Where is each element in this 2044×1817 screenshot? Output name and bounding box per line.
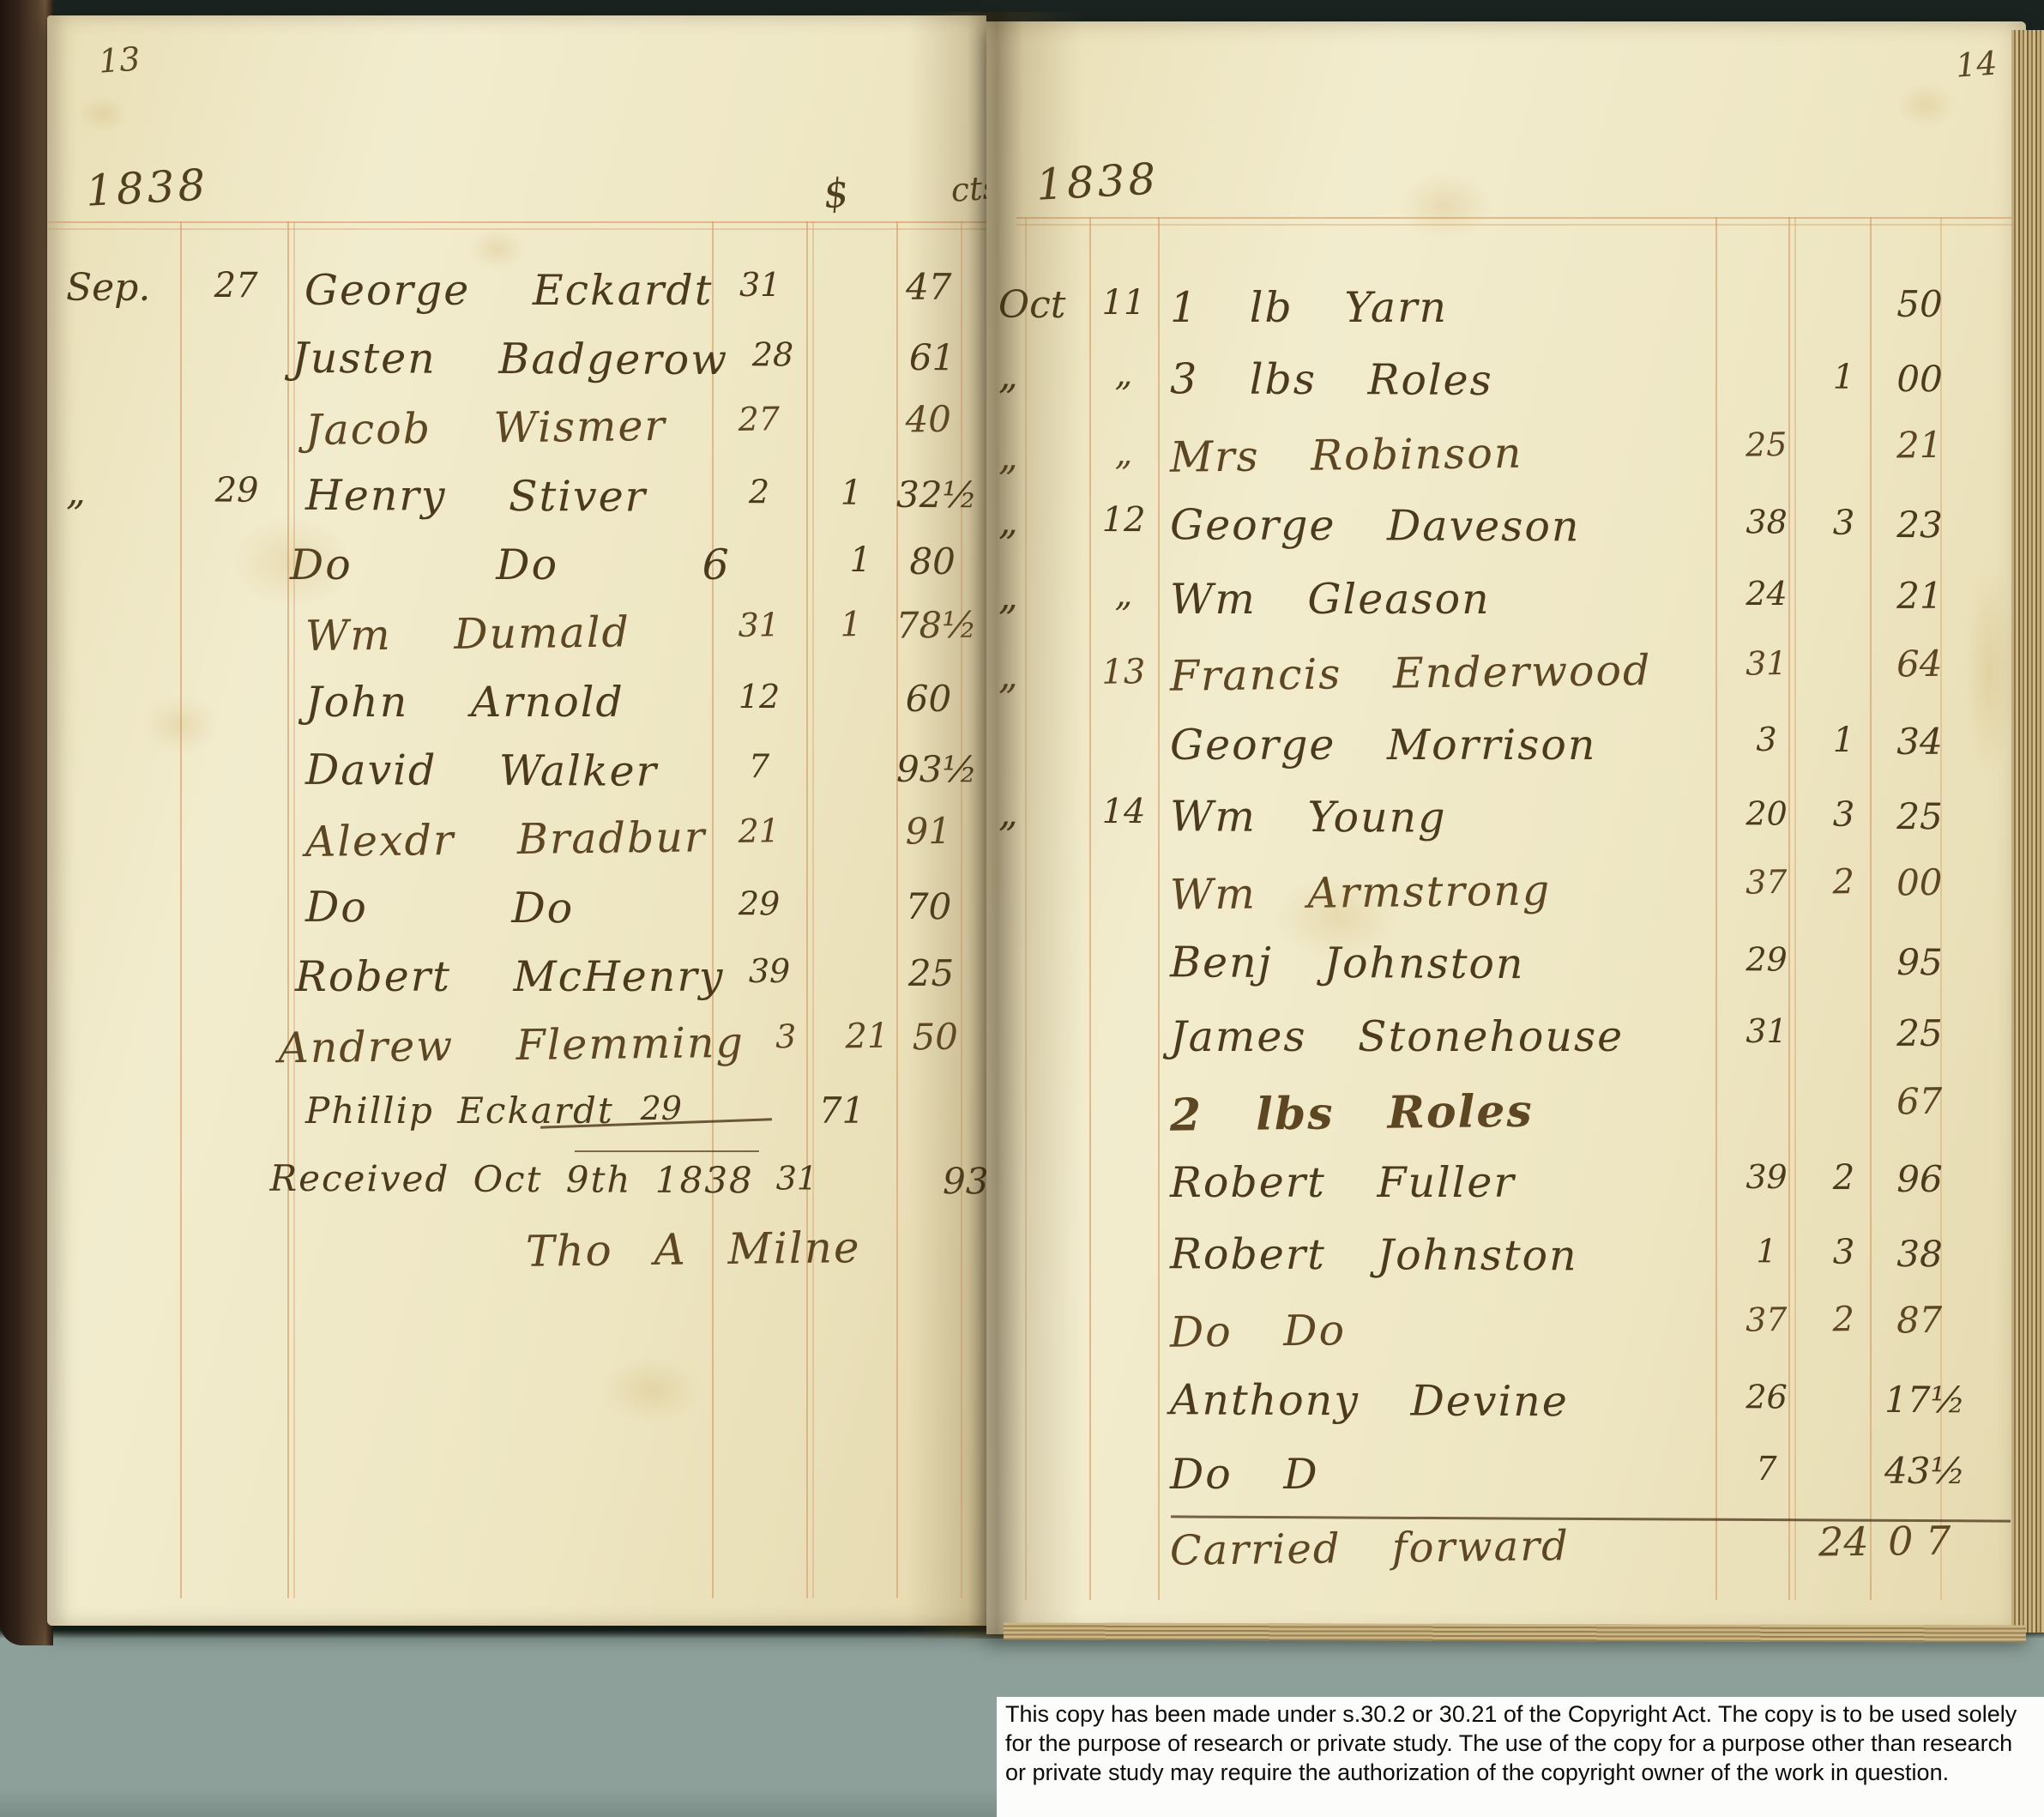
entry-month xyxy=(47,613,180,615)
ledger-book-scan: 13 1838 $ cts Sep. 27 George Eckardt 31 … xyxy=(0,0,2044,1817)
entry-name: Do D xyxy=(1158,1450,1730,1499)
entry-day xyxy=(1089,871,1158,872)
entry-day: „ xyxy=(1089,433,1159,474)
entry-name: Mrs Robinson xyxy=(1158,426,1731,482)
entry-day xyxy=(1089,1090,1158,1090)
entry-ref-number: 37 xyxy=(1729,863,1803,902)
ledger-row: „ „ Mrs Robinson 25 21 xyxy=(986,423,2027,506)
entry-name: Benj Johnston xyxy=(1158,938,1730,989)
entry-day xyxy=(180,612,293,613)
entry-month xyxy=(986,1374,1089,1375)
ledger-row: Sep. 27 George Eckardt 31 47 xyxy=(47,266,986,336)
entry-cents: 61 xyxy=(901,336,962,378)
entry-ref-number: 31 xyxy=(1730,1012,1803,1050)
entry-ref-number: 12 xyxy=(712,678,806,715)
entry-day xyxy=(180,882,293,883)
ledger-row: „ 14 Wm Young 20 3 25 xyxy=(986,791,2026,866)
ledger-row: Oct 11 1 lb Yarn 50 xyxy=(986,283,2026,353)
entry-name: Jacob Wismer xyxy=(293,401,713,455)
entry-month xyxy=(986,1228,1089,1229)
entry-dollars xyxy=(805,399,895,400)
ledger-row: Anthony Devine 26 17½ xyxy=(986,1374,2026,1449)
entry-month xyxy=(986,1309,1089,1310)
ledger-row: Andrew Flemming 3 21 50 xyxy=(47,1015,987,1096)
ledger-entries-right: Oct 11 1 lb Yarn 50 „ „ 3 lbs Roles 1 00… xyxy=(986,21,2026,1634)
entry-name: Received Oct 9th 1838 xyxy=(257,1157,753,1202)
page-bottom-edge xyxy=(1004,1622,2026,1642)
entry-dollars: 24 xyxy=(1802,1518,1884,1566)
ledger-page-right: 14 1838 Oct 11 1 lb Yarn 50 „ „ 3 lbs Ro… xyxy=(986,21,2026,1634)
ledger-row: Wm Armstrong 37 2 00 xyxy=(986,860,2027,944)
entry-cents: 43½ xyxy=(1884,1450,1955,1492)
entry-cents: 64 xyxy=(1884,643,1955,685)
entry-name: Andrew Flemming xyxy=(266,1018,745,1073)
entry-cents: 23 xyxy=(1884,504,1955,546)
entry-cents: 80 xyxy=(902,540,962,583)
entry-month xyxy=(986,872,1089,872)
ledger-row: „ 13 Francis Enderwood 31 64 xyxy=(986,642,2027,725)
entry-cents: 00 xyxy=(1884,861,1955,904)
entry-name: Justen Badgerow xyxy=(280,334,728,384)
entry-ref-number xyxy=(1729,1082,1802,1083)
entry-name: James Stonehouse xyxy=(1158,1012,1730,1061)
entry-cents: 67 xyxy=(1884,1080,1955,1123)
entry-dollars xyxy=(1802,643,1884,644)
ledger-page-left: 13 1838 $ cts Sep. 27 George Eckardt 31 … xyxy=(47,15,986,1626)
entry-cents: 91 xyxy=(895,810,961,853)
entry-name: George Daveson xyxy=(1158,500,1730,552)
ledger-row: Do Do 6 1 80 xyxy=(47,540,986,611)
entry-dollars xyxy=(903,1222,944,1222)
entry-dollars: 1 xyxy=(806,473,896,512)
entry-name: Wm Gleason xyxy=(1158,575,1730,624)
entry-cents: 95 xyxy=(1884,941,1955,983)
ledger-row: George Morrison 3 1 34 xyxy=(986,721,2026,791)
copyright-notice: This copy has been made under s.30.2 or … xyxy=(997,1697,2044,1817)
entry-month xyxy=(47,1025,166,1027)
entry-day: 29 xyxy=(180,470,293,510)
entry-cents: 70 xyxy=(896,885,961,927)
entry-cents: 32½ xyxy=(896,474,961,516)
entry-cents: 87 xyxy=(1884,1299,1955,1342)
ledger-row: Do Do 29 70 xyxy=(47,882,986,957)
entry-month xyxy=(47,819,180,821)
entry-cents: 78½ xyxy=(895,604,961,647)
entry-name: 3 lbs Roles xyxy=(1158,354,1730,406)
entry-dollars: 2 xyxy=(1803,1158,1884,1198)
entry-name: Tho A Milne xyxy=(170,1222,861,1281)
entry-name: Carried forward xyxy=(1158,1520,1731,1575)
entry-ref-number xyxy=(860,1222,903,1222)
entry-name: Wm Armstrong xyxy=(1158,864,1731,920)
entry-name: 2 lbs Roles xyxy=(1158,1083,1731,1142)
entry-cents: 25 xyxy=(901,952,962,994)
entry-name: George Eckardt xyxy=(292,266,714,315)
ledger-row: Phillip Eckardt 29 71 xyxy=(47,1090,986,1160)
entry-cents: 96 xyxy=(1884,1158,1955,1200)
entry-day xyxy=(180,745,293,746)
entry-name: John Arnold xyxy=(293,678,712,727)
entry-dollars xyxy=(1802,1081,1884,1082)
entry-day xyxy=(180,406,293,407)
entry-dollars: 1 xyxy=(1803,358,1884,397)
entry-day: 14 xyxy=(1089,792,1158,831)
entry-dollars: 3 xyxy=(1803,795,1884,835)
entry-cents: 21 xyxy=(1884,424,1955,467)
entry-dollars: 1 xyxy=(1803,721,1884,760)
ledger-row: Do Do 37 2 87 xyxy=(986,1298,2027,1381)
entry-month xyxy=(47,407,180,409)
entry-ref-number: 39 xyxy=(724,952,814,990)
entry-month xyxy=(47,745,180,746)
entry-ref-number: 7 xyxy=(712,747,806,785)
entry-ref-number: 31 xyxy=(713,266,807,304)
entry-month xyxy=(47,1232,118,1233)
entry-day: 27 xyxy=(179,266,292,305)
entry-dollars xyxy=(805,811,895,812)
entry-dollars: 2 xyxy=(1802,1300,1884,1340)
book-spine xyxy=(0,0,53,1645)
ledger-row: Tho A Milne xyxy=(47,1221,987,1302)
entry-cents: 34 xyxy=(1884,721,1955,763)
ledger-row: Do D 7 43½ xyxy=(986,1450,2026,1520)
entry-cents: 17½ xyxy=(1884,1379,1955,1421)
entry-month xyxy=(47,1156,162,1157)
entry-cents: 71 xyxy=(799,1090,863,1132)
entry-ref-number: 20 xyxy=(1730,794,1803,832)
entry-ref-number: 24 xyxy=(1730,575,1803,613)
entry-day xyxy=(173,333,280,334)
ledger-row: Carried forward 24 0 7 xyxy=(986,1517,2027,1600)
entry-dollars xyxy=(1802,425,1884,426)
entry-month: „ xyxy=(986,434,1090,479)
entry-month: Sep. xyxy=(47,266,179,310)
entry-name: Robert McHenry xyxy=(283,952,724,1001)
entry-dollars: 21 xyxy=(827,1016,907,1056)
entry-day: 13 xyxy=(1089,652,1159,692)
entry-cents: 21 xyxy=(1884,575,1955,617)
ledger-row: 2 lbs Roles 67 xyxy=(986,1079,2027,1162)
entry-month xyxy=(986,1528,1089,1529)
entry-month: „ xyxy=(47,470,180,515)
entry-cents: 93½ xyxy=(896,748,961,790)
entry-name: Wm Dumald xyxy=(293,607,713,661)
entry-dollars: 1 xyxy=(805,605,896,645)
entry-ref-number: 38 xyxy=(1730,503,1803,540)
ledger-row: Justen Badgerow 28 61 xyxy=(47,333,986,407)
entry-day xyxy=(1089,1527,1158,1528)
entry-ref-number: 26 xyxy=(1730,1378,1803,1416)
entry-cents: 25 xyxy=(1884,795,1955,837)
entry-name: Robert Fuller xyxy=(1158,1158,1730,1207)
entry-dollars: 2 xyxy=(1802,862,1884,902)
ledger-row: Robert Fuller 39 2 96 xyxy=(986,1158,2026,1228)
entry-cents: 60 xyxy=(896,678,961,720)
entry-ref-number: 37 xyxy=(1729,1301,1803,1339)
ledger-row: Received Oct 9th 1838 31 93½ xyxy=(47,1156,986,1231)
ledger-row: „ 29 Henry Stiver 2 1 32½ xyxy=(47,470,986,545)
ledger-row: Robert Johnston 1 3 38 xyxy=(986,1228,2026,1303)
entry-name: George Morrison xyxy=(1158,721,1730,770)
ledger-row: John Arnold 12 60 xyxy=(47,678,986,748)
entry-name: Phillip Eckardt xyxy=(293,1090,614,1132)
entry-ref-number: 7 xyxy=(1730,1450,1803,1488)
entry-ref-number: 21 xyxy=(711,812,806,850)
ledger-row: David Walker 7 93½ xyxy=(47,745,986,819)
entry-ref-number: 39 xyxy=(1730,1158,1803,1196)
entry-name: Alexdr Bradbur xyxy=(293,812,713,866)
ledger-row: Jacob Wismer 27 40 xyxy=(47,397,987,479)
entry-name: David Walker xyxy=(293,746,712,796)
entry-day: 11 xyxy=(1089,283,1158,323)
entry-day xyxy=(166,1024,266,1025)
entry-name: Anthony Devine xyxy=(1158,1375,1730,1427)
entry-ref-number: 29 xyxy=(712,884,806,922)
entry-cents: 47 xyxy=(896,266,961,308)
entry-month: „ xyxy=(986,653,1090,697)
ledger-row: Alexdr Bradbur 21 91 xyxy=(47,809,987,890)
entry-ref-number: 29 xyxy=(1730,940,1803,978)
entry-name: Francis Enderwood xyxy=(1158,645,1731,701)
entry-ref-number: 27 xyxy=(711,400,806,438)
ledger-row: „ „ 3 lbs Roles 1 00 xyxy=(986,353,2026,428)
page-fore-edge xyxy=(2011,30,2044,1633)
entry-month: „ xyxy=(986,499,1089,544)
entry-ref-number: 31 xyxy=(711,606,806,644)
entry-ref-number xyxy=(1729,1519,1802,1520)
ledger-row: „ „ Wm Gleason 24 21 xyxy=(986,575,2026,645)
entry-dollars: 1 xyxy=(818,540,902,580)
entry-name: Wm Young xyxy=(1158,792,1730,843)
entry-name: 1 lb Yarn xyxy=(1158,283,1730,332)
entry-ref-number: 3 xyxy=(744,1017,827,1056)
entry-cents: 50 xyxy=(1884,283,1955,325)
entry-dollars: 3 xyxy=(1803,504,1884,543)
entry-month: Oct xyxy=(986,283,1089,327)
entry-day xyxy=(180,818,293,819)
entry-name: Do Do 6 xyxy=(278,540,731,589)
ledger-row: James Stonehouse 31 25 xyxy=(986,1012,2026,1083)
entry-name: Robert Johnston xyxy=(1158,1229,1730,1281)
ledger-row: „ 12 George Daveson 38 3 23 xyxy=(986,499,2026,574)
entry-ref-number: 31 xyxy=(754,1159,840,1197)
entry-dollars: 3 xyxy=(1803,1233,1884,1272)
entry-day: 12 xyxy=(1089,500,1158,540)
ledger-row: Benj Johnston 29 95 xyxy=(986,937,2026,1011)
entry-month xyxy=(47,882,180,883)
entry-name: Do Do xyxy=(1158,1301,1731,1357)
entry-cents: 93½ xyxy=(922,1160,986,1202)
entry-cents: 50 xyxy=(907,1016,964,1059)
entry-month: „ xyxy=(986,791,1089,836)
ledger-row: Wm Dumald 31 1 78½ xyxy=(47,603,987,685)
entry-cents: 00 xyxy=(1884,358,1955,400)
entry-name: Do Do xyxy=(293,883,712,933)
entry-ref-number: 2 xyxy=(712,473,806,510)
entry-ref-number: 29 xyxy=(614,1090,708,1127)
entry-day xyxy=(118,1231,169,1232)
entry-day: „ xyxy=(1089,575,1158,614)
entry-cents: 25 xyxy=(1884,1012,1955,1054)
entry-month xyxy=(47,333,173,334)
entry-cents: 40 xyxy=(895,398,961,441)
ledger-row: Robert McHenry 39 25 xyxy=(47,952,986,1023)
entry-ref-number: 31 xyxy=(1729,644,1803,683)
entry-month xyxy=(986,937,1089,938)
entry-name: Henry Stiver xyxy=(293,471,712,522)
entry-ref-number: 1 xyxy=(1730,1232,1803,1270)
entry-month xyxy=(986,1090,1089,1091)
entry-day xyxy=(1089,1308,1158,1309)
entry-ref-number: 28 xyxy=(728,335,817,373)
entry-ref-number: 25 xyxy=(1729,426,1803,464)
entry-day: „ xyxy=(1089,354,1158,394)
entry-month: „ xyxy=(986,575,1089,619)
entry-cents: 38 xyxy=(1884,1233,1955,1275)
entry-ref-number: 3 xyxy=(1730,721,1803,758)
entry-cents: 0 7 xyxy=(1884,1518,1955,1565)
ledger-entries-left: Sep. 27 George Eckardt 31 47 Justen Badg… xyxy=(47,15,986,1626)
entry-month: „ xyxy=(986,353,1089,398)
copyright-notice-text: This copy has been made under s.30.2 or … xyxy=(1005,1699,2035,1787)
